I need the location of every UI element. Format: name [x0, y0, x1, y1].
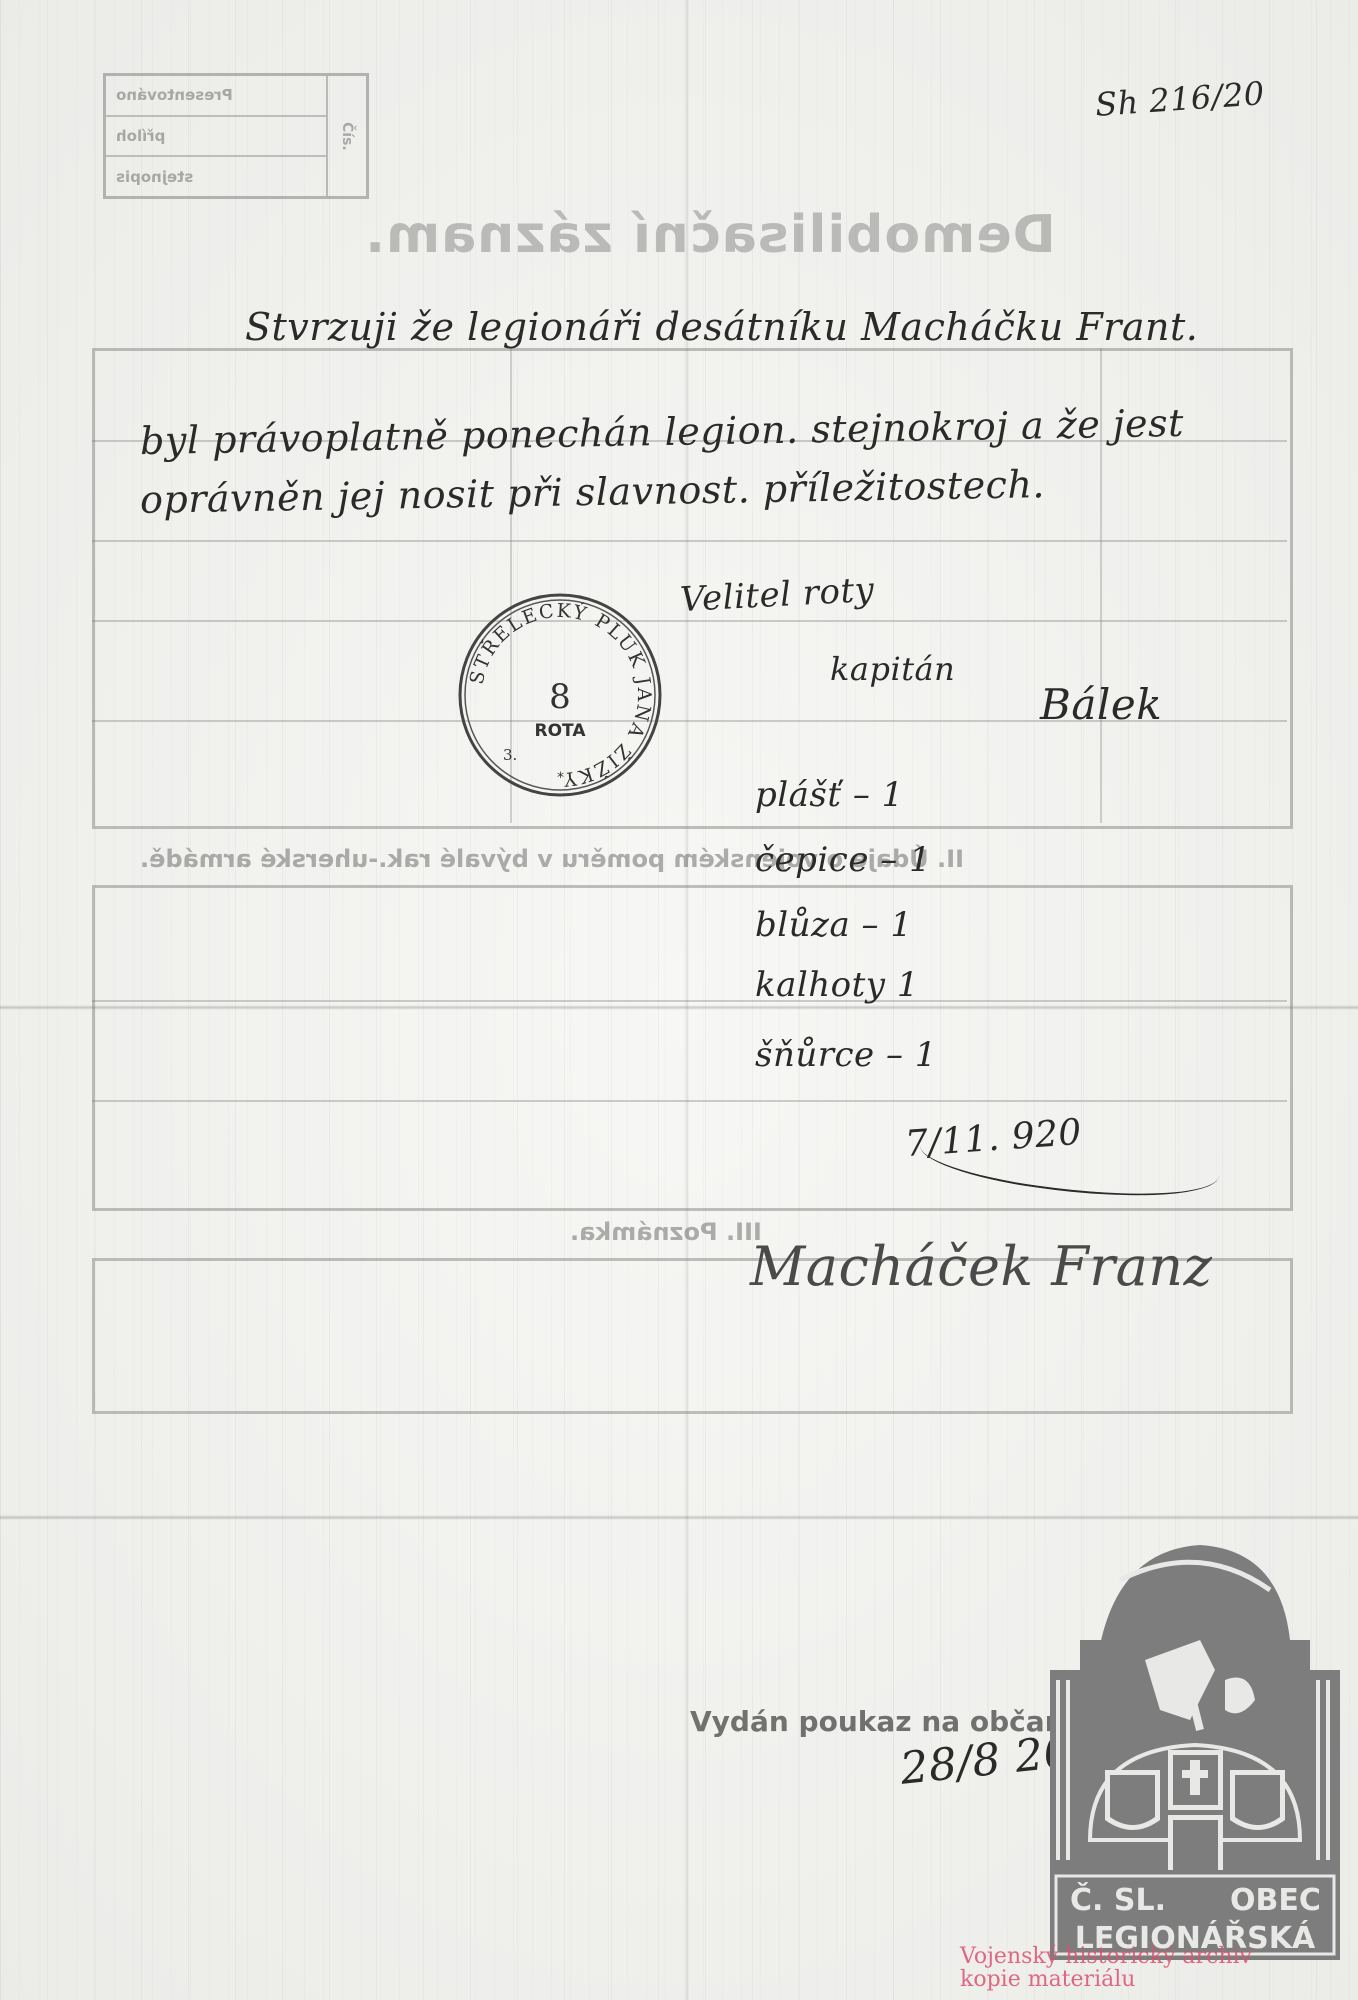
uniform-item-qty: – 1 [862, 905, 913, 945]
uniform-item-label: kalhoty [755, 965, 886, 1005]
uniform-item: čepice – 1 [755, 840, 931, 880]
archive-stamp-line-2: kopie materiálu [960, 1968, 1252, 1991]
uniform-item-qty: – 1 [880, 840, 931, 880]
uniform-item: blůza – 1 [755, 905, 913, 945]
round-stamp-icon: STŘELECKÝ PLUK JANA ŽIŽKY 8 ROTA 3. * [455, 590, 665, 800]
archive-copy-stamp: Vojenský historický archiv kopie materiá… [960, 1945, 1252, 1991]
received-stamp-side-label: Čís. [328, 76, 366, 196]
uniform-item-label: blůza [755, 905, 850, 945]
uniform-item-qty: 1 [897, 965, 919, 1005]
uniform-item-label: plášť [755, 775, 842, 815]
holder-signature: Macháček Franz [750, 1235, 1213, 1298]
printed-title-mirrored: Demobilisační záznam. [360, 205, 1060, 265]
signatory-signature: Bálek [1040, 680, 1162, 729]
uniform-item-qty: – 1 [853, 775, 904, 815]
logo-text-obec: OBEC [1230, 1883, 1321, 1918]
form-rule [92, 1000, 1287, 1002]
printed-section-3-heading: III. Poznámka. [570, 1218, 762, 1246]
svg-text:*: * [557, 770, 564, 786]
received-stamp-box: Presentováno příloh stejnopis Čís. [103, 73, 369, 199]
uniform-item: šňůrce – 1 [755, 1035, 937, 1075]
received-stamp-row: příloh [106, 117, 326, 158]
archive-stamp-line-1: Vojenský historický archiv [960, 1945, 1252, 1968]
signatory-rank: kapitán [830, 650, 955, 688]
form-rule [92, 1100, 1287, 1102]
uniform-item-label: šňůrce [755, 1035, 875, 1075]
uniform-item-qty: – 1 [886, 1035, 937, 1075]
round-stamp-prefix: 3. [503, 746, 517, 764]
form-rule [92, 540, 1287, 542]
form-rule [92, 620, 1287, 622]
received-stamp-row: Presentováno [106, 76, 326, 117]
round-stamp-number: 8 [549, 677, 571, 717]
regiment-round-stamp: STŘELECKÝ PLUK JANA ŽIŽKY 8 ROTA 3. * [455, 590, 665, 800]
uniform-item: kalhoty 1 [755, 965, 919, 1005]
uniform-item: plášť – 1 [755, 775, 904, 815]
legion-association-logo: Č. SL. OBEC LEGIONÁŘSKÁ [1050, 1520, 1340, 1960]
legionnaire-emblem-icon: Č. SL. OBEC LEGIONÁŘSKÁ [1050, 1520, 1340, 1960]
received-stamp-row: stejnopis [106, 157, 326, 196]
certification-line-1: Stvrzuji že legionáři desátníku Macháčku… [245, 305, 1198, 349]
logo-text-csl: Č. SL. [1070, 1881, 1166, 1918]
round-stamp-center-text: ROTA [535, 721, 587, 741]
uniform-item-label: čepice [755, 840, 869, 880]
